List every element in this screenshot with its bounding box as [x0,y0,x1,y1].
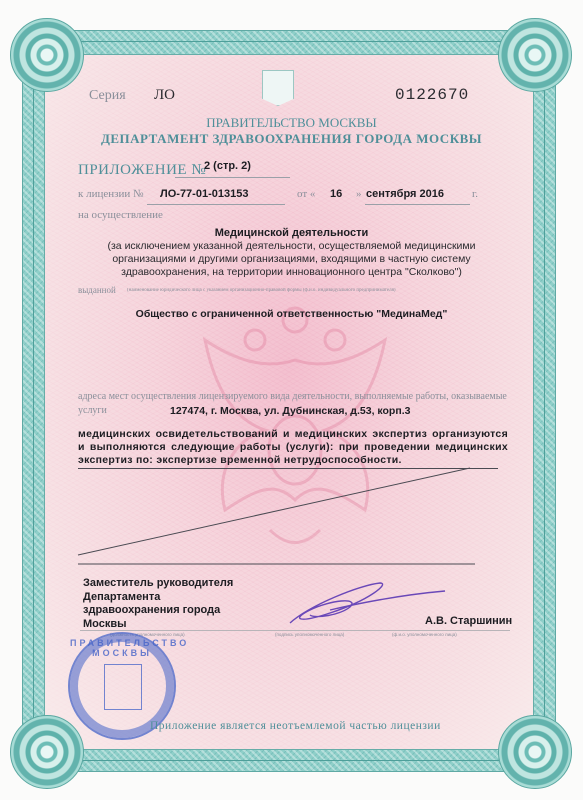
position-line: Департамента [83,591,233,605]
caption-name: (ф.и.о. уполномоченного лица) [392,632,457,637]
signature-scribble-icon [270,575,450,630]
signature-line [80,630,510,631]
signatory-position: Заместитель руководителя Департамента зд… [83,577,233,631]
caption-signature: (подпись уполномоченного лица) [275,632,344,637]
license-appendix-page: Серия ЛО 0122670 ПРАВИТЕЛЬСТВО МОСКВЫ ДЕ… [0,0,583,800]
stamp-text: ПРАВИТЕЛЬСТВО МОСКВЫ [70,638,174,658]
footer-note: Приложение является неотъемлемой частью … [150,720,441,732]
signatory-name: А.В. Старшинин [425,615,512,627]
stamp-coat-of-arms-icon [104,664,142,710]
position-line: Заместитель руководителя [83,577,233,591]
position-line: Москвы [83,618,233,632]
position-line: здравоохранения города [83,604,233,618]
